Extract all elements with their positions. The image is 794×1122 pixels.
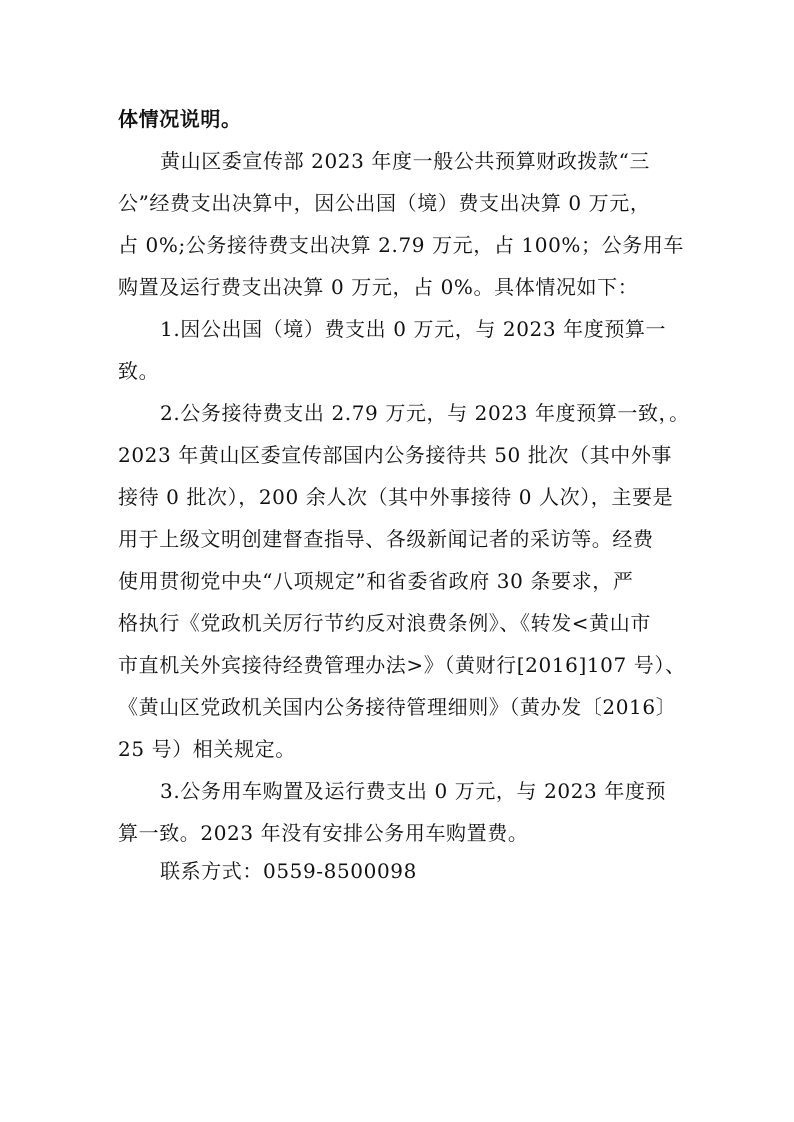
summary-line-3: 占 0%;公务接待费支出决算 2.79 万元，占 100%；公务用车 xyxy=(118,224,684,266)
section-heading-tail: 体情况说明。 xyxy=(118,98,242,140)
item-2-line-6: 格执行《党政机关厉行节约反对浪费条例》、《转发<黄山市 xyxy=(118,602,651,644)
item-2-line-7: 市直机关外宾接待经费管理办法>》（黄财行[2016]107 号）、 xyxy=(118,644,686,686)
item-2-line-5: 使用贯彻党中央“八项规定”和省委省政府 30 条要求，严 xyxy=(118,560,633,602)
item-2-line-9: 25 号）相关规定。 xyxy=(118,728,296,770)
summary-line-1: 黄山区委宣传部 2023 年度一般公共预算财政拨款“三 xyxy=(160,140,650,182)
item-1-line-2: 致。 xyxy=(118,350,159,392)
item-1-line-1: 1.因公出国（境）费支出 0 万元，与 2023 年度预算一 xyxy=(160,308,666,350)
item-2-line-1: 2.公务接待费支出 2.79 万元，与 2023 年度预算一致，。 xyxy=(160,392,690,434)
item-3-line-2: 算一致。2023 年没有安排公务用车购置费。 xyxy=(118,812,528,854)
item-3-line-1: 3.公务用车购置及运行费支出 0 万元，与 2023 年度预 xyxy=(160,770,666,812)
item-2-line-3: 接待 0 批次），200 余人次（其中外事接待 0 人次），主要是 xyxy=(118,476,673,518)
item-2-line-2: 2023 年黄山区委宣传部国内公务接待共 50 批次（其中外事 xyxy=(118,434,672,476)
item-2-line-4: 用于上级文明创建督查指导、各级新闻记者的采访等。经费 xyxy=(118,518,654,560)
summary-line-2: 公”经费支出决算中，因公出国（境）费支出决算 0 万元， xyxy=(118,182,650,224)
summary-line-4: 购置及运行费支出决算 0 万元，占 0%。具体情况如下： xyxy=(118,266,638,308)
item-2-line-8: 《黄山区党政机关国内公务接待管理细则》（黄办发〔2016〕 xyxy=(118,686,676,728)
contact-line: 联系方式：0559-8500098 xyxy=(160,850,417,892)
